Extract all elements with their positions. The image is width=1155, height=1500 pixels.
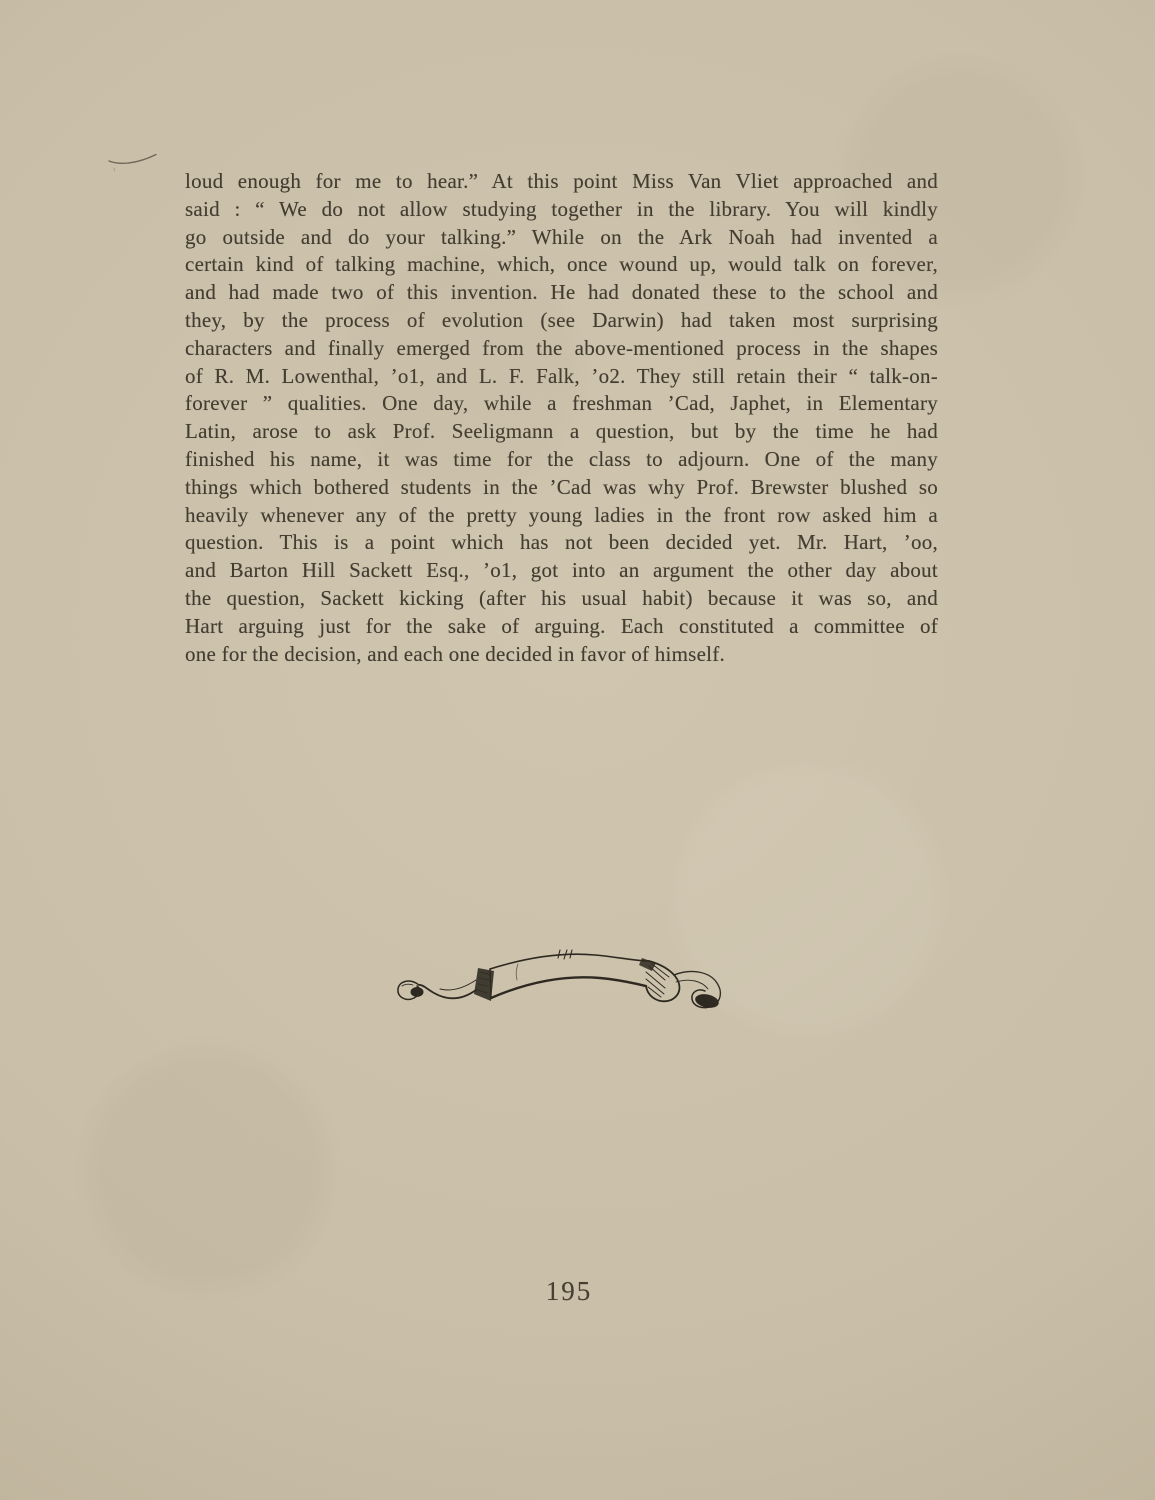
page-number: 195 <box>0 1276 1138 1307</box>
paragraph-line: one for the decision, and each one decid… <box>185 641 938 669</box>
paragraph-line: said : “ We do not allow studying togeth… <box>185 196 938 224</box>
paragraph-line: and Barton Hill Sackett Esq., ’o1, got i… <box>185 557 938 585</box>
paragraph-line: certain kind of talking machine, which, … <box>185 251 938 279</box>
paragraph-line: Hart arguing just for the sake of arguin… <box>185 613 938 641</box>
paragraph-line: characters and finally emerged from the … <box>185 335 938 363</box>
paragraph-line: of R. M. Lowenthal, ’o1, and L. F. Falk,… <box>185 363 938 391</box>
paragraph-line: the question, Sackett kicking (after his… <box>185 585 938 613</box>
paragraph-line: finished his name, it was time for the c… <box>185 446 938 474</box>
paragraph-line: question. This is a point which has not … <box>185 529 938 557</box>
stray-ink-mark <box>106 148 162 172</box>
paragraph-line: loud enough for me to hear.” At this poi… <box>185 168 938 196</box>
paragraph-line: go outside and do your talking.” While o… <box>185 224 938 252</box>
body-text-block: loud enough for me to hear.” At this poi… <box>185 168 938 668</box>
paragraph-line: things which bothered students in the ’C… <box>185 474 938 502</box>
paragraph-line: heavily whenever any of the pretty young… <box>185 502 938 530</box>
paragraph-line: forever ” qualities. One day, while a fr… <box>185 390 938 418</box>
book-page: loud enough for me to hear.” At this poi… <box>0 0 1155 1500</box>
paragraph-line: and had made two of this invention. He h… <box>185 279 938 307</box>
paragraph-line: Latin, arose to ask Prof. Seeligmann a q… <box>185 418 938 446</box>
paragraph-line: they, by the process of evolution (see D… <box>185 307 938 335</box>
ribbon-scroll-ornament-icon <box>390 928 750 1028</box>
